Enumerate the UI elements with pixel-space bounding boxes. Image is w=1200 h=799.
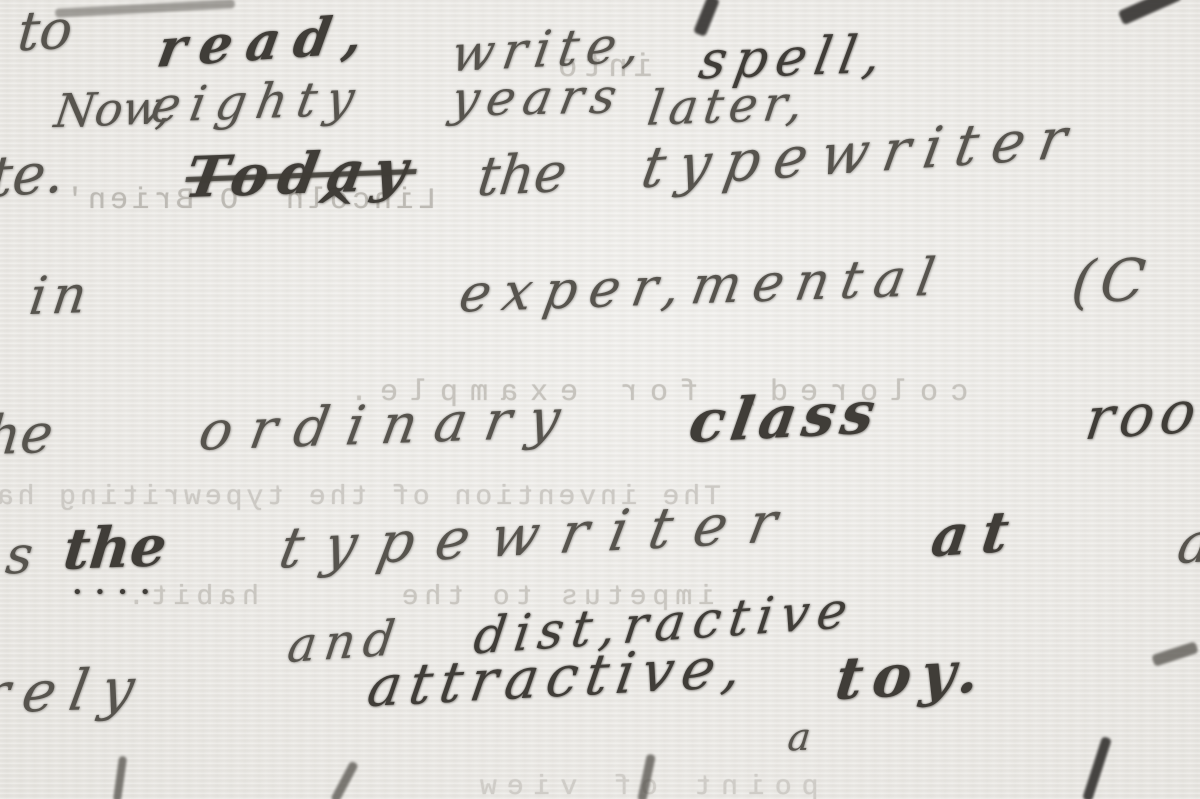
word-the: the [475, 145, 570, 204]
pencil-stroke [1151, 641, 1198, 667]
word-a-cut: a [1175, 515, 1200, 573]
word-later: later, [645, 79, 812, 133]
pencil-stroke [1118, 0, 1183, 25]
word-roo: roo [1082, 382, 1200, 449]
pencil-stroke [1082, 736, 1112, 799]
word-class: class [685, 383, 884, 452]
caret-mark: ^ [311, 183, 356, 236]
word-paren-c: (C [1069, 250, 1154, 311]
word-eighty: eighty [148, 74, 368, 130]
word-te: te. [0, 145, 65, 207]
inserted-a-mark: a [786, 718, 813, 757]
ellipsis-dots: •••• [72, 584, 162, 602]
word-read: read, [154, 8, 381, 76]
word-attractive: attractive, [364, 640, 753, 716]
word-today-struck: Today [181, 142, 421, 206]
word-at: at [928, 503, 1026, 566]
word-s: s [3, 529, 35, 582]
word-rely: rely [0, 661, 152, 723]
word-he: he [0, 407, 56, 464]
word-ordinary: ordinary [195, 391, 582, 459]
manuscript-photo: into Lincoln O'Brien' colored, for examp… [0, 0, 1200, 799]
word-the-2: the [61, 518, 169, 578]
word-toy: toy. [833, 642, 993, 708]
pencil-stroke [330, 760, 359, 799]
pencil-stroke [113, 756, 127, 799]
word-experimental: exper,mental [456, 251, 951, 320]
word-in: in [26, 269, 95, 323]
word-years: years [447, 72, 628, 123]
